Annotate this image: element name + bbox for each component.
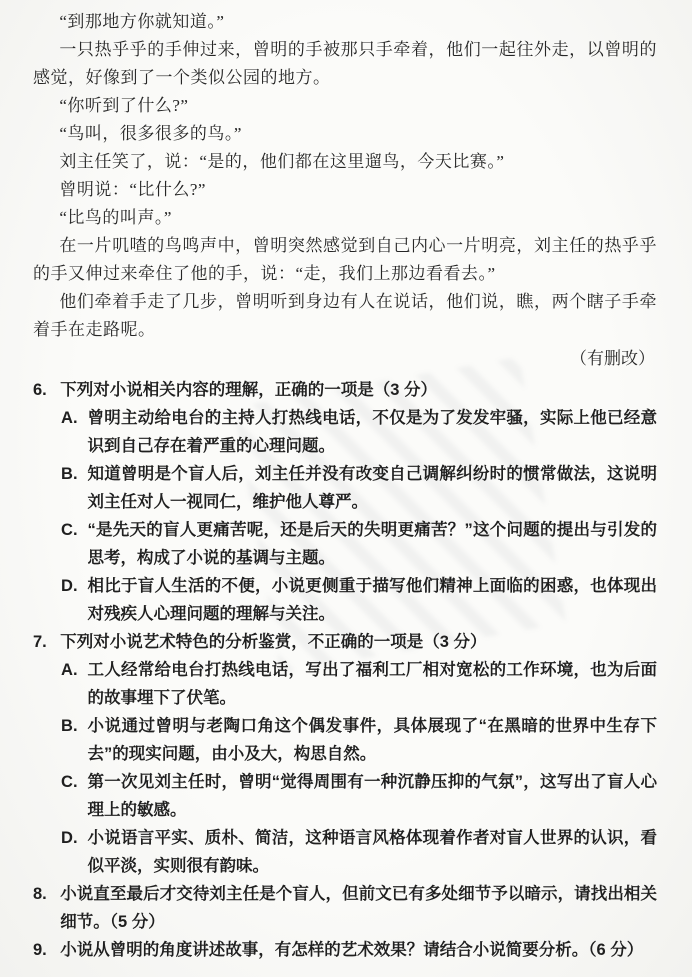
question-number: 9. xyxy=(33,936,60,964)
passage-attribution: （有删改） xyxy=(33,344,657,374)
passage-paragraph: “到那地方你就知道。” xyxy=(33,8,657,36)
option-row-d: D. 小说语言平实、质朴、简洁，这种语言风格体现着作者对盲人世界的认识，看似平淡… xyxy=(61,824,657,880)
question-stem: 下列对小说艺术特色的分析鉴赏，不正确的一项是（3 分） xyxy=(60,628,657,656)
passage-paragraph: 刘主任笑了，说：“是的，他们都在这里遛鸟，今天比赛。” xyxy=(33,148,657,176)
passage-paragraph: 在一片叽喳的鸟鸣声中，曾明突然感觉到自己内心一片明亮，刘主任的热乎乎的手又伸过来… xyxy=(33,232,657,288)
question-number: 8. xyxy=(33,880,60,936)
option-row-b: B. 知道曾明是个盲人后，刘主任并没有改变自己调解纠纷时的惯常做法，这说明刘主任… xyxy=(61,460,657,516)
option-text: 知道曾明是个盲人后，刘主任并没有改变自己调解纠纷时的惯常做法，这说明刘主任对人一… xyxy=(87,460,657,516)
option-text: 工人经常给电台打热线电话，写出了福利工厂相对宽松的工作环境，也为后面的故事埋下了… xyxy=(87,656,657,712)
question-8: 8. 小说直至最后才交待刘主任是个盲人，但前文已有多处细节予以暗示，请找出相关细… xyxy=(33,880,657,936)
passage-paragraph: 他们牵着手走了几步，曾明听到身边有人在说话，他们说，瞧，两个瞎子手牵着手在走路呢… xyxy=(33,288,657,344)
option-row-c: C. 第一次见刘主任时，曾明“觉得周围有一种沉静压抑的气氛”，这写出了盲人心理上… xyxy=(61,768,657,824)
passage-paragraph: “你听到了什么?” xyxy=(33,92,657,120)
reading-passage: “到那地方你就知道。” 一只热乎乎的手伸过来，曾明的手被那只手牵着，他们一起往外… xyxy=(33,8,657,344)
question-stem-row: 9. 小说从曾明的角度讲述故事，有怎样的艺术效果？请结合小说简要分析。（6 分） xyxy=(33,936,657,964)
option-text: 小说通过曾明与老陶口角这个偶发事件，具体展现了“在黑暗的世界中生存下去”的现实问… xyxy=(87,712,657,768)
question-9: 9. 小说从曾明的角度讲述故事，有怎样的艺术效果？请结合小说简要分析。（6 分） xyxy=(33,936,657,964)
passage-paragraph: 一只热乎乎的手伸过来，曾明的手被那只手牵着，他们一起往外走，以曾明的感觉，好像到… xyxy=(33,36,657,92)
question-7: 7. 下列对小说艺术特色的分析鉴赏，不正确的一项是（3 分） A. 工人经常给电… xyxy=(33,628,657,880)
option-row-a: A. 工人经常给电台打热线电话，写出了福利工厂相对宽松的工作环境，也为后面的故事… xyxy=(61,656,657,712)
option-label: A. xyxy=(61,656,87,712)
question-stem: 小说直至最后才交待刘主任是个盲人，但前文已有多处细节予以暗示，请找出相关细节。（… xyxy=(60,880,657,936)
option-row-b: B. 小说通过曾明与老陶口角这个偶发事件，具体展现了“在黑暗的世界中生存下去”的… xyxy=(61,712,657,768)
option-text: “是先天的盲人更痛苦呢，还是后天的失明更痛苦？”这个问题的提出与引发的思考，构成… xyxy=(87,516,657,572)
option-row-d: D. 相比于盲人生活的不便，小说更侧重于描写他们精神上面临的困惑，也体现出对残疾… xyxy=(61,572,657,628)
option-text: 第一次见刘主任时，曾明“觉得周围有一种沉静压抑的气氛”，这写出了盲人心理上的敏感… xyxy=(87,768,657,824)
option-row-a: A. 曾明主动给电台的主持人打热线电话，不仅是为了发发牢骚，实际上他已经意识到自… xyxy=(61,404,657,460)
question-number: 6. xyxy=(33,376,60,404)
question-stem-row: 6. 下列对小说相关内容的理解，正确的一项是（3 分） xyxy=(33,376,657,404)
option-label: C. xyxy=(61,768,87,824)
question-6: 6. 下列对小说相关内容的理解，正确的一项是（3 分） A. 曾明主动给电台的主… xyxy=(33,376,657,628)
option-text: 曾明主动给电台的主持人打热线电话，不仅是为了发发牢骚，实际上他已经意识到自己存在… xyxy=(87,404,657,460)
question-stem: 小说从曾明的角度讲述故事，有怎样的艺术效果？请结合小说简要分析。（6 分） xyxy=(60,936,657,964)
option-label: A. xyxy=(61,404,87,460)
option-label: D. xyxy=(61,572,87,628)
option-label: C. xyxy=(61,516,87,572)
option-text: 小说语言平实、质朴、简洁，这种语言风格体现着作者对盲人世界的认识，看似平淡，实则… xyxy=(87,824,657,880)
question-stem: 下列对小说相关内容的理解，正确的一项是（3 分） xyxy=(60,376,657,404)
option-label: D. xyxy=(61,824,87,880)
question-stem-row: 7. 下列对小说艺术特色的分析鉴赏，不正确的一项是（3 分） xyxy=(33,628,657,656)
exam-page: “到那地方你就知道。” 一只热乎乎的手伸过来，曾明的手被那只手牵着，他们一起往外… xyxy=(0,0,692,977)
passage-paragraph: “比鸟的叫声。” xyxy=(33,204,657,232)
option-label: B. xyxy=(61,460,87,516)
question-stem-row: 8. 小说直至最后才交待刘主任是个盲人，但前文已有多处细节予以暗示，请找出相关细… xyxy=(33,880,657,936)
option-row-c: C. “是先天的盲人更痛苦呢，还是后天的失明更痛苦？”这个问题的提出与引发的思考… xyxy=(61,516,657,572)
option-text: 相比于盲人生活的不便，小说更侧重于描写他们精神上面临的困惑，也体现出对残疾人心理… xyxy=(87,572,657,628)
question-number: 7. xyxy=(33,628,60,656)
questions-section: 6. 下列对小说相关内容的理解，正确的一项是（3 分） A. 曾明主动给电台的主… xyxy=(33,376,657,964)
passage-paragraph: “鸟叫，很多很多的鸟。” xyxy=(33,120,657,148)
passage-paragraph: 曾明说：“比什么?” xyxy=(33,176,657,204)
option-label: B. xyxy=(61,712,87,768)
